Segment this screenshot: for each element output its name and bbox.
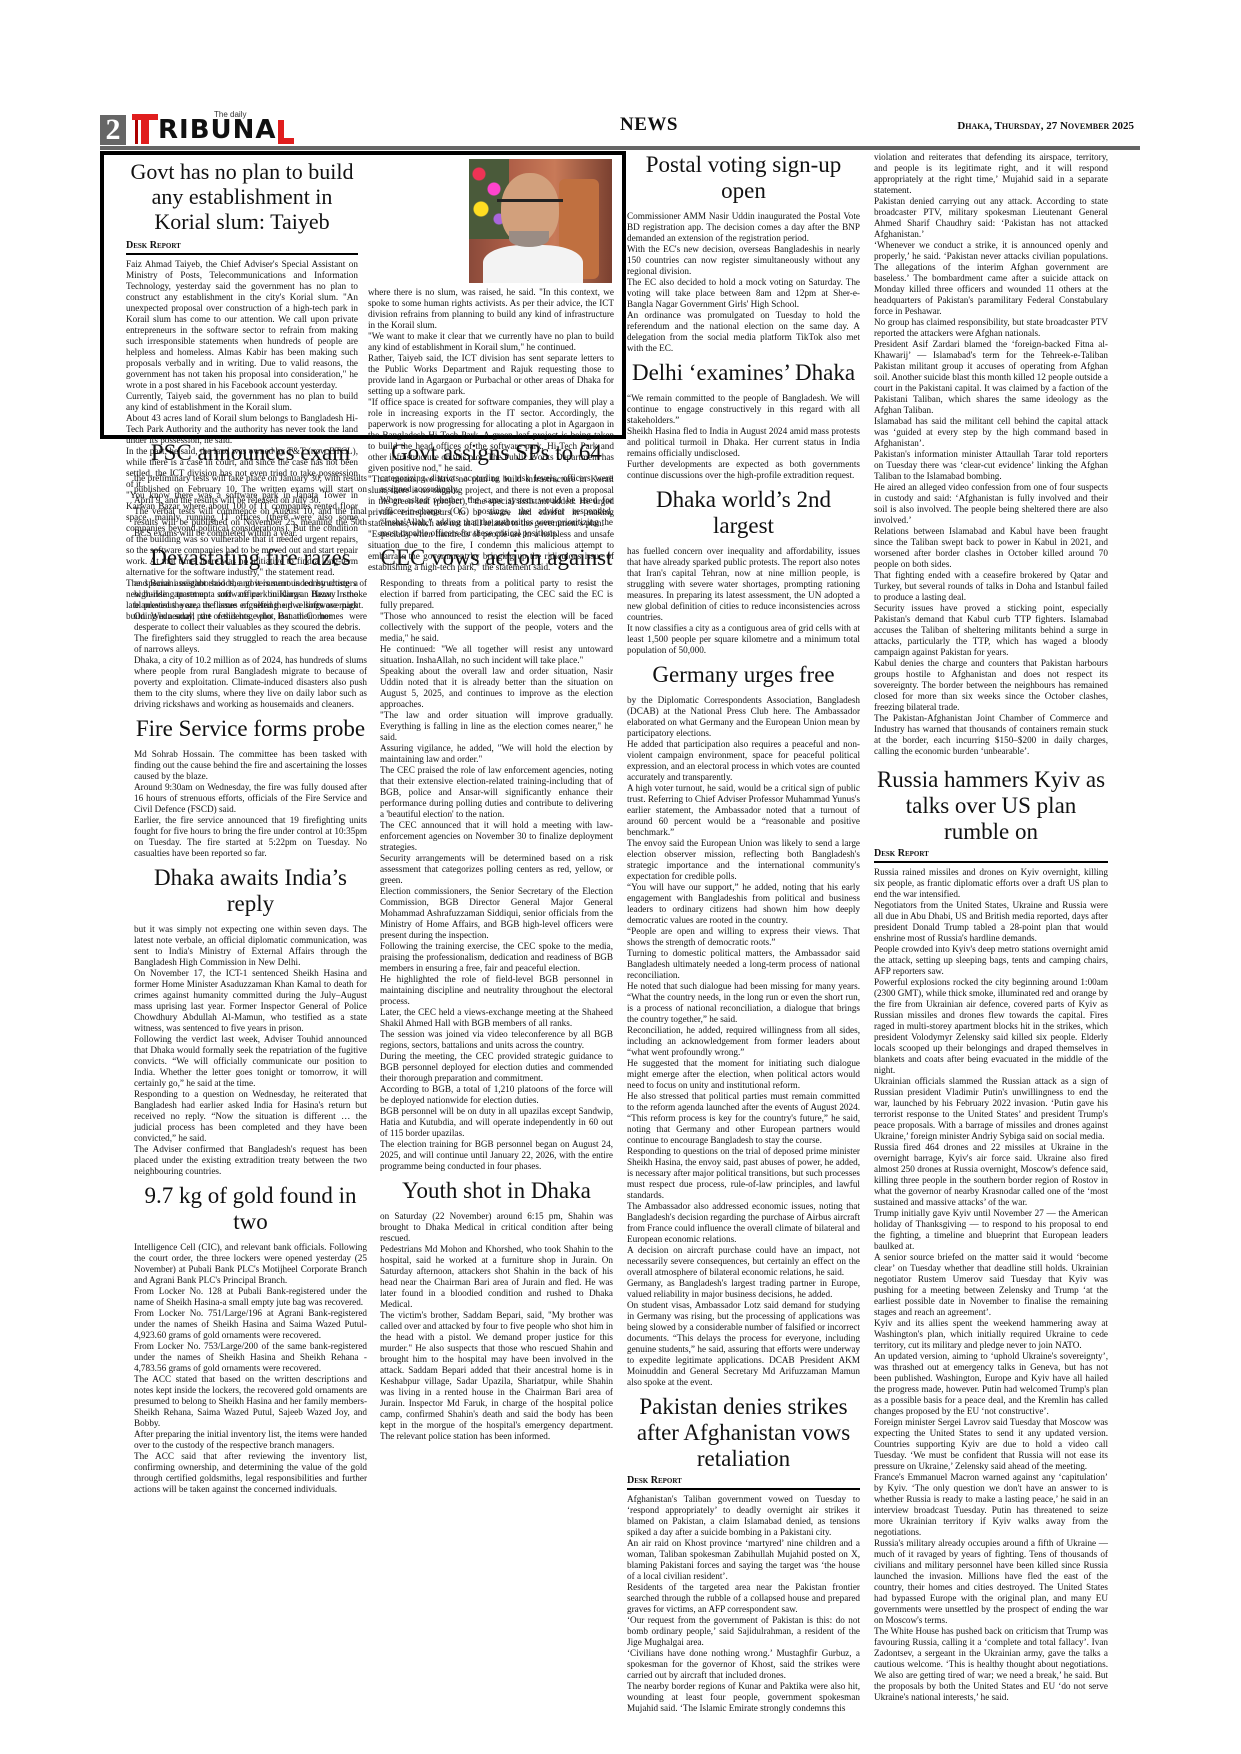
paragraph: The firefighters said they struggled to … [134,633,367,655]
paragraph: The envoy said the European Union was li… [627,838,860,882]
article-youth: Youth shot in Dhaka on Saturday (22 Nove… [380,1178,613,1442]
middle-column: Govt assigns SPs to 64 categorizing dist… [380,440,613,1442]
left-column: PSC announces exam the preliminary tests… [134,440,367,1495]
headline: Dhaka world’s 2nd largest [627,487,860,539]
page-number: 2 [100,115,126,145]
paragraph: Responding to a question on Wednesday, h… [134,1089,367,1144]
paragraph: The election training for BGB personnel … [380,1139,613,1172]
paragraph: categorizing districts according to risk… [380,473,613,495]
paragraph: ‘Whenever we conduct a strike, it is ann… [874,240,1108,317]
paragraph: and Banani neighborhoods, and it is surr… [134,578,367,611]
logo-t-glyph-icon [132,114,158,144]
paragraph: Kyiv and its allies spent the weekend ha… [874,1318,1108,1351]
paragraph: From Locker No. 128 at Pubali Bank-regis… [134,1286,367,1308]
paragraph: Election commissioners, the Senior Secre… [380,886,613,941]
paragraph: Islamabad has said the militant cell beh… [874,416,1108,449]
paragraph: The Adviser confirmed that Bangladesh's … [134,1144,367,1177]
byline: Desk Report [874,848,1108,863]
logo-text: RIBUNA [158,115,277,145]
paragraph: has fuelled concern over inequality and … [627,546,860,623]
paragraph: Kabul denies the charge and counters tha… [874,658,1108,713]
third-column: Postal voting sign-up open Commissioner … [627,152,860,1714]
paragraph: "We want to make it clear that we curren… [368,331,614,353]
paragraph: Afghanistan's Taliban government vowed o… [627,1494,860,1538]
paragraph: Powerful explosions rocked the city begi… [874,977,1108,1076]
paragraph: Sheikh Hasina fled to India in August 20… [627,426,860,459]
paragraph: Responding to threats from a political p… [380,578,613,611]
article-probe: Fire Service forms probe Md Sohrab Hossa… [134,716,367,859]
article-delhi: Delhi ‘examines’ Dhaka “We remain commit… [627,360,860,481]
paragraph: The verbal tests will commence on August… [134,506,367,539]
paragraph: “We remain committed to the people of Ba… [627,393,860,426]
paragraph: He aired an alleged video confession fro… [874,482,1108,526]
paragraph: Russia fired 464 drones and 22 missiles … [874,1142,1108,1208]
fourth-column: violation and reiterates that defending … [874,152,1108,1703]
paragraph: Pedestrians Md Mohon and Khorshed, who t… [380,1244,613,1310]
headline: 9.7 kg of gold found in two [134,1183,367,1235]
headline: Delhi ‘examines’ Dhaka [627,360,860,386]
masthead-rule [100,146,1140,150]
paragraph: Following the verdict last week, Adviser… [134,1034,367,1089]
paragraph: An ordinance was promulgated on Tuesday … [627,310,860,354]
paragraph: The ACC stated that based on the written… [134,1374,367,1429]
paragraph: A senior source briefed on the matter sa… [874,1252,1108,1318]
article-pakistan-continued: violation and reiterates that defending … [874,152,1108,757]
headline: PSC announces exam [134,440,367,466]
paragraph: Md Sohrab Hossain. The committee has bee… [134,749,367,782]
paragraph: Dhaka, a city of 10.2 million as of 2024… [134,655,367,710]
headline: Devastating fire razes [134,545,367,571]
paragraph: Turning to domestic political matters, t… [627,948,860,981]
headline: Germany urges free [627,662,860,688]
paragraph: Security issues have proved a sticking p… [874,603,1108,658]
paragraph: The Ambassador also addressed economic i… [627,1201,860,1245]
lead-story-box: Govt has no plan to build any establishm… [100,151,626,439]
glasses-image [497,199,563,212]
shirt-image [483,245,583,283]
article-postal: Postal voting sign-up open Commissioner … [627,152,860,354]
paragraph: Following the training exercise, the CEC… [380,941,613,974]
article-sps: Govt assigns SPs to 64 categorizing dist… [380,440,613,539]
paragraph: Currently, Taiyeb said, the government h… [126,391,358,413]
paragraph: He noted that such dialogue had been mis… [627,981,860,1025]
byline: Desk Report [627,1475,860,1490]
paragraph: ‘Civilians have done nothing wrong.’ Mus… [627,1648,860,1681]
headline: Dhaka awaits India’s reply [134,865,367,917]
paragraph: He suggested that the moment for initiat… [627,1058,860,1091]
headline: Postal voting sign-up open [627,152,860,204]
paragraph: The EC also decided to hold a mock votin… [627,277,860,310]
paragraph: Germany, as Bangladesh's largest trading… [627,1278,860,1300]
paragraph: Later, the CEC held a views-exchange mee… [380,1007,613,1029]
headline: CEC vows action against [380,545,613,571]
article-pakistan: Pakistan denies strikes after Afghanista… [627,1394,860,1714]
paragraph: He continued: "We all together will resi… [380,644,613,666]
paragraph: The White House has pushed back on criti… [874,1626,1108,1703]
paragraph: Rather, Taiyeb said, the ICT division ha… [368,353,614,397]
dateline: Dhaka, Thursday, 27 November 2025 [957,120,1134,132]
paragraph: An air raid on Khost province ‘martyred’… [627,1538,860,1582]
paragraph: Russia rained missiles and drones on Kyi… [874,867,1108,900]
paragraph: Russia's military already occupies aroun… [874,1538,1108,1626]
paragraph: Residents of the targeted area near the … [627,1582,860,1615]
paragraph: Negotiators from the United States, Ukra… [874,900,1108,944]
article-gold: 9.7 kg of gold found in two Intelligence… [134,1183,367,1495]
paragraph: That fighting ended with a ceasefire bro… [874,570,1108,603]
paragraph: Further developments are expected as bot… [627,459,860,481]
paragraph: From Locker No. 753/Large/200 of the sam… [134,1341,367,1374]
article-fire: Devastating fire razes and Banani neighb… [134,545,367,710]
headline: Pakistan denies strikes after Afghanista… [627,1394,860,1472]
paragraph: Commissioner AMM Nasir Uddin inaugurated… [627,211,860,244]
paragraph: From Locker No. 751/Large/196 at Agrani … [134,1308,367,1341]
paragraph: the preliminary tests will take place on… [134,473,367,506]
paragraph: He highlighted the role of field-level B… [380,974,613,1007]
newspaper-logo: The daily RIBUNA [132,114,294,146]
paragraph: An updated version, aiming to ‘uphold Uk… [874,1351,1108,1417]
paragraph: During the meeting, the CEC provided str… [380,1051,613,1084]
byline: Desk Report [126,240,358,255]
paragraph: The CEC praised the role of law enforcem… [380,765,613,820]
paragraph: "The law and order situation will improv… [380,710,613,743]
paragraph: He also stressed that political parties … [627,1091,860,1146]
paragraph: He added that participation also require… [627,739,860,783]
paragraph: Security arrangements will be determined… [380,853,613,886]
paragraph: violation and reiterates that defending … [874,152,1108,196]
paragraph: “People are open and willing to express … [627,926,860,948]
paragraph: It now classifies a city as a contiguous… [627,623,860,656]
paragraph: on Saturday (22 November) around 6:15 pm… [380,1211,613,1244]
masthead: 2 The daily RIBUNA NEWS Dhaka, Thursday,… [100,108,1140,144]
paragraph: “You will have our support,” he added, n… [627,882,860,926]
paragraph: The victim's brother, Saddam Bepari, sai… [380,1310,613,1442]
paragraph: When asked whether the same system would… [380,495,613,539]
paragraph: ‘Our request from the government of Paki… [627,1615,860,1648]
headline: Fire Service forms probe [134,716,367,742]
paragraph: Around 9:30am on Wednesday, the fire was… [134,782,367,815]
paragraph: Foreign minister Sergei Lavrov said Tues… [874,1417,1108,1472]
lead-headline: Govt has no plan to build any establishm… [126,159,358,234]
paragraph: People crowded into Kyiv's deep metro st… [874,944,1108,977]
article-cec: CEC vows action against Responding to th… [380,545,613,1172]
paragraph: The Pakistan-Afghanistan Joint Chamber o… [874,713,1108,757]
paragraph: A high voter turnout, he said, would be … [627,783,860,838]
headline: Russia hammers Kyiv as talks over US pla… [874,767,1108,845]
paragraph: Pakistan's information minister Attaulla… [874,449,1108,482]
article-india: Dhaka awaits India’s reply but it was si… [134,865,367,1177]
paragraph: After preparing the initial inventory li… [134,1429,367,1451]
headline: Govt assigns SPs to 64 [380,440,613,466]
paragraph: Assuring vigilance, he added, "We will h… [380,743,613,765]
paragraph: by the Diplomatic Correspondents Associa… [627,695,860,739]
paragraph: President Asif Zardari blamed the ‘forei… [874,339,1108,416]
article-largest: Dhaka world’s 2nd largest has fuelled co… [627,487,860,656]
section-title: NEWS [620,114,678,136]
logo-l-glyph-icon [278,120,294,144]
paragraph: No group has claimed responsibility, but… [874,317,1108,339]
paragraph: "Those who announced to resist the elect… [380,611,613,644]
paragraph: France's Emmanuel Macron warned against … [874,1472,1108,1538]
paragraph: Pakistan denied carrying out any attack.… [874,196,1108,240]
paragraph: BGB personnel will be on duty in all upa… [380,1106,613,1139]
paragraph: On student visas, Ambassador Lotz said d… [627,1300,860,1388]
paragraph: where there is no slum, was raised, he s… [368,287,614,331]
paragraph: The ACC said that after reviewing the in… [134,1451,367,1495]
paragraph: The session was joined via video telecon… [380,1029,613,1051]
paragraph: Intelligence Cell (CIC), and relevant ba… [134,1242,367,1286]
paragraph: Speaking about the overall law and order… [380,666,613,710]
paragraph: Reconciliation, he added, required willi… [627,1025,860,1058]
paragraph: On Wednesday, the residents who lost the… [134,611,367,633]
paragraph: Responding to questions on the trial of … [627,1146,860,1201]
paragraph: but it was simply not expecting one with… [134,924,367,968]
article-psc: PSC announces exam the preliminary tests… [134,440,367,539]
paragraph: The CEC announced that it will hold a me… [380,820,613,853]
headline: Youth shot in Dhaka [380,1178,613,1204]
paragraph: Ukrainian officials slammed the Russian … [874,1076,1108,1142]
paragraph: According to BGB, a total of 1,210 plato… [380,1084,613,1106]
lead-photo [469,159,612,283]
paragraph: A decision on aircraft purchase could ha… [627,1245,860,1278]
paragraph: Earlier, the fire service announced that… [134,815,367,859]
paragraph: The nearby border regions of Kunar and P… [627,1681,860,1714]
paragraph: On November 17, the ICT-1 sentenced Shei… [134,968,367,1034]
beard-image [509,231,549,247]
paragraph: Trump initially gave Kyiv until November… [874,1208,1108,1252]
paragraph: With the EC's new decision, overseas Ban… [627,244,860,277]
paragraph: Faiz Ahmad Taiyeb, the Chief Adviser's S… [126,259,358,391]
paragraph: Relations between Islamabad and Kabul ha… [874,526,1108,570]
article-germany: Germany urges free by the Diplomatic Cor… [627,662,860,1388]
logo-small-text: The daily [214,110,246,119]
article-russia: Russia hammers Kyiv as talks over US pla… [874,767,1108,1703]
